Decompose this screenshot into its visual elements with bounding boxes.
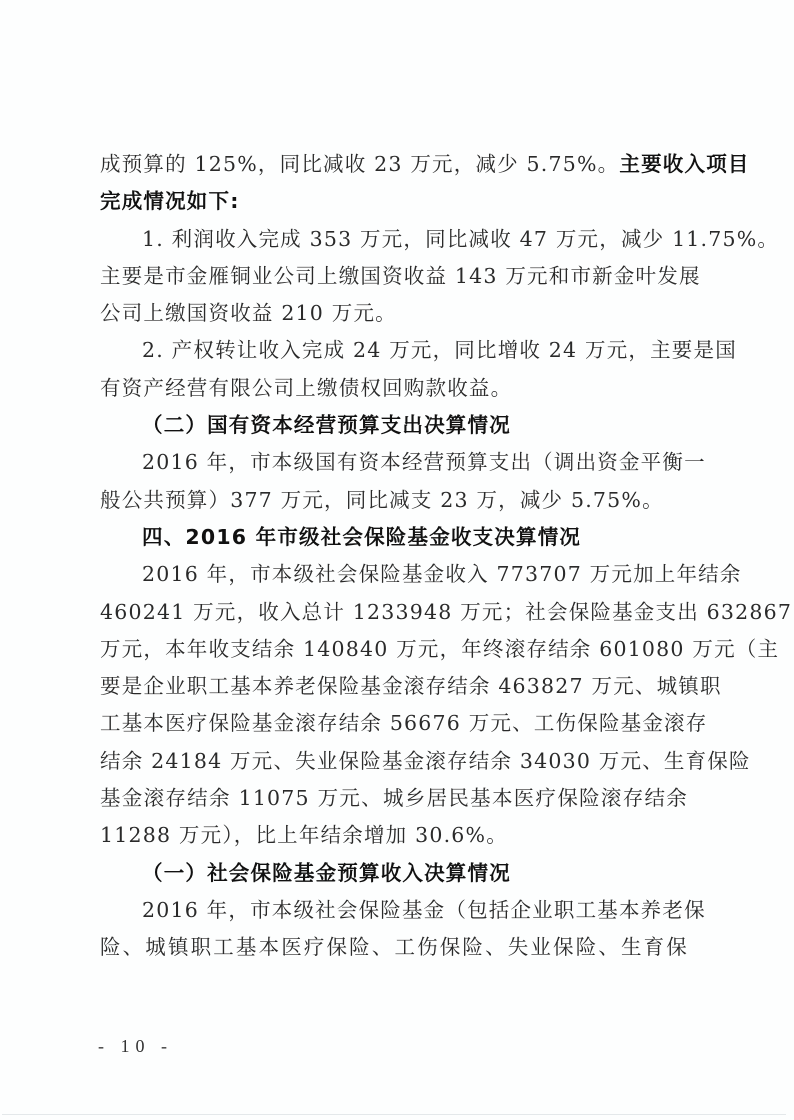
paragraph-line: 结余 24184 万元、失业保险基金滚存结余 34030 万元、生育保险 (100, 743, 688, 780)
page-number: - 10 - (98, 1036, 173, 1057)
paragraph-line: 工基本医疗保险基金滚存结余 56676 万元、工伤保险基金滚存 (100, 705, 688, 742)
bold-inline-heading: 主要收入项目 (619, 152, 749, 176)
paragraph-line: 要是企业职工基本养老保险基金滚存结余 463827 万元、城镇职 (100, 668, 688, 705)
paragraph-line: 基金滚存结余 11075 万元、城乡居民基本医疗保险滚存结余 (100, 780, 688, 817)
body-text: 成预算的 125%，同比减收 23 万元，减少 5.75%。 (100, 152, 619, 176)
paragraph-line: 险、城镇职工基本医疗保险、工伤保险、失业保险、生育保 (100, 929, 688, 966)
list-item-profit-income: 1. 利润收入完成 353 万元，同比减收 47 万元，减少 11.75%。 (100, 221, 688, 258)
paragraph-line: 有资产经营有限公司上缴债权回购款收益。 (100, 370, 688, 407)
bold-inline-heading-continued: 完成情况如下: (100, 183, 688, 220)
paragraph-line: 主要是市金雁铜业公司上缴国资收益 143 万元和市新金叶发展 (100, 258, 688, 295)
list-item-property-transfer-income: 2. 产权转让收入完成 24 万元，同比增收 24 万元，主要是国 (100, 332, 688, 369)
document-page: 成预算的 125%，同比减收 23 万元，减少 5.75%。主要收入项目 完成情… (0, 0, 794, 1120)
section-heading-social-insurance-fund: 四、2016 年市级社会保险基金收支决算情况 (100, 519, 688, 556)
section-heading-state-capital-expenditure: （二）国有资本经营预算支出决算情况 (100, 407, 688, 444)
paragraph-line: 公司上缴国资收益 210 万元。 (100, 295, 688, 332)
paragraph-line: 11288 万元），比上年结余增加 30.6%。 (100, 817, 688, 854)
paragraph-line: 万元，本年收支结余 140840 万元，年终滚存结余 601080 万元（主 (100, 631, 688, 668)
paragraph-line: 2016 年，市本级国有资本经营预算支出（调出资金平衡一 (100, 444, 688, 481)
document-body: 成预算的 125%，同比减收 23 万元，减少 5.75%。主要收入项目 完成情… (100, 146, 688, 967)
paragraph-line: 成预算的 125%，同比减收 23 万元，减少 5.75%。主要收入项目 (100, 146, 688, 183)
paragraph-line: 2016 年，市本级社会保险基金收入 773707 万元加上年结余 (100, 556, 688, 593)
paragraph-line: 460241 万元，收入总计 1233948 万元；社会保险基金支出 63286… (100, 594, 688, 631)
section-heading-social-insurance-income: （一）社会保险基金预算收入决算情况 (100, 855, 688, 892)
paragraph-line: 般公共预算）377 万元，同比减支 23 万，减少 5.75%。 (100, 482, 688, 519)
page-bottom-edge (2, 1114, 786, 1115)
paragraph-line: 2016 年，市本级社会保险基金（包括企业职工基本养老保 (100, 892, 688, 929)
